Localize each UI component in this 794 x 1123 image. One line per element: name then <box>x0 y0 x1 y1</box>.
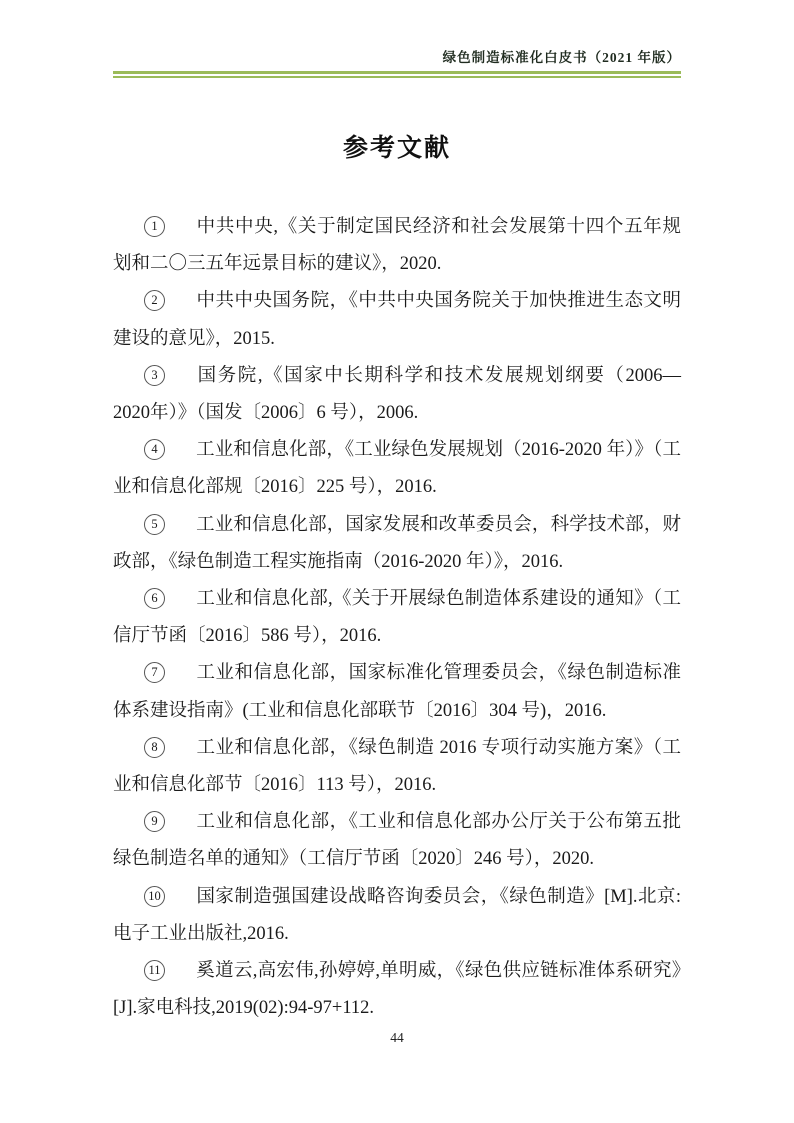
reference-item: 8工业和信息化部，《绿色制造 2016 专项行动实施方案》（工业和信息化部节〔2… <box>113 730 681 804</box>
reference-text: 工业和信息化部，《工业和信息化部办公厅关于公布第五批绿色制造名单的通知》（工信厅… <box>113 812 681 869</box>
reference-number-badge: 11 <box>144 960 165 981</box>
running-header-title: 绿色制造标准化白皮书（2021 年版） <box>113 46 681 66</box>
reference-number-badge: 6 <box>144 588 165 609</box>
reference-text: 工业和信息化部，国家标准化管理委员会，《绿色制造标准体系建设指南》(工业和信息化… <box>113 663 681 720</box>
reference-text: 奚道云,高宏伟,孙婷婷,单明威，《绿色供应链标准体系研究》[J].家电科技,20… <box>113 961 681 1018</box>
reference-item: 7工业和信息化部，国家标准化管理委员会，《绿色制造标准体系建设指南》(工业和信息… <box>113 655 681 729</box>
reference-text: 工业和信息化部，国家发展和改革委员会，科学技术部，财政部，《绿色制造工程实施指南… <box>113 515 681 572</box>
reference-item: 1中共中央,《关于制定国民经济和社会发展第十四个五年规划和二〇三五年远景目标的建… <box>113 209 681 283</box>
reference-list: 1中共中央,《关于制定国民经济和社会发展第十四个五年规划和二〇三五年远景目标的建… <box>113 209 681 1027</box>
reference-number-badge: 4 <box>144 439 165 460</box>
reference-text: 国务院,《国家中长期科学和技术发展规划纲要（2006—2020年）》（国发〔20… <box>113 366 681 423</box>
reference-number-badge: 7 <box>144 662 165 683</box>
reference-text: 国家制造强国建设战略咨询委员会，《绿色制造》[M].北京:电子工业出版社,201… <box>113 887 681 944</box>
reference-number-badge: 1 <box>144 216 165 237</box>
reference-text: 工业和信息化部，《绿色制造 2016 专项行动实施方案》（工业和信息化部节〔20… <box>113 738 681 795</box>
page-title: 参考文献 <box>113 128 681 164</box>
reference-number-badge: 9 <box>144 811 165 832</box>
reference-number-badge: 8 <box>144 737 165 758</box>
reference-item: 10国家制造强国建设战略咨询委员会，《绿色制造》[M].北京:电子工业出版社,2… <box>113 879 681 953</box>
reference-item: 5工业和信息化部，国家发展和改革委员会，科学技术部，财政部，《绿色制造工程实施指… <box>113 507 681 581</box>
reference-item: 3国务院,《国家中长期科学和技术发展规划纲要（2006—2020年）》（国发〔2… <box>113 358 681 432</box>
reference-item: 9工业和信息化部，《工业和信息化部办公厅关于公布第五批绿色制造名单的通知》（工信… <box>113 804 681 878</box>
reference-number-badge: 10 <box>144 886 165 907</box>
reference-item: 6工业和信息化部,《关于开展绿色制造体系建设的通知》（工信厅节函〔2016〕58… <box>113 581 681 655</box>
document-page: 绿色制造标准化白皮书（2021 年版） 参考文献 1中共中央,《关于制定国民经济… <box>0 0 794 1123</box>
reference-text: 工业和信息化部,《关于开展绿色制造体系建设的通知》（工信厅节函〔2016〕586… <box>113 589 681 646</box>
reference-text: 中共中央,《关于制定国民经济和社会发展第十四个五年规划和二〇三五年远景目标的建议… <box>113 217 681 274</box>
reference-text: 中共中央国务院，《中共中央国务院关于加快推进生态文明建设的意见》，2015. <box>113 291 681 348</box>
reference-item: 4工业和信息化部，《工业绿色发展规划（2016-2020 年）》（工业和信息化部… <box>113 432 681 506</box>
reference-number-badge: 2 <box>144 290 165 311</box>
reference-item: 11奚道云,高宏伟,孙婷婷,单明威，《绿色供应链标准体系研究》[J].家电科技,… <box>113 953 681 1027</box>
reference-number-badge: 3 <box>144 365 165 386</box>
reference-number-badge: 5 <box>144 514 165 535</box>
reference-text: 工业和信息化部，《工业绿色发展规划（2016-2020 年）》（工业和信息化部规… <box>113 440 681 497</box>
page-number: 44 <box>0 1030 794 1046</box>
reference-item: 2中共中央国务院，《中共中央国务院关于加快推进生态文明建设的意见》，2015. <box>113 283 681 357</box>
header-double-rule <box>113 71 681 78</box>
